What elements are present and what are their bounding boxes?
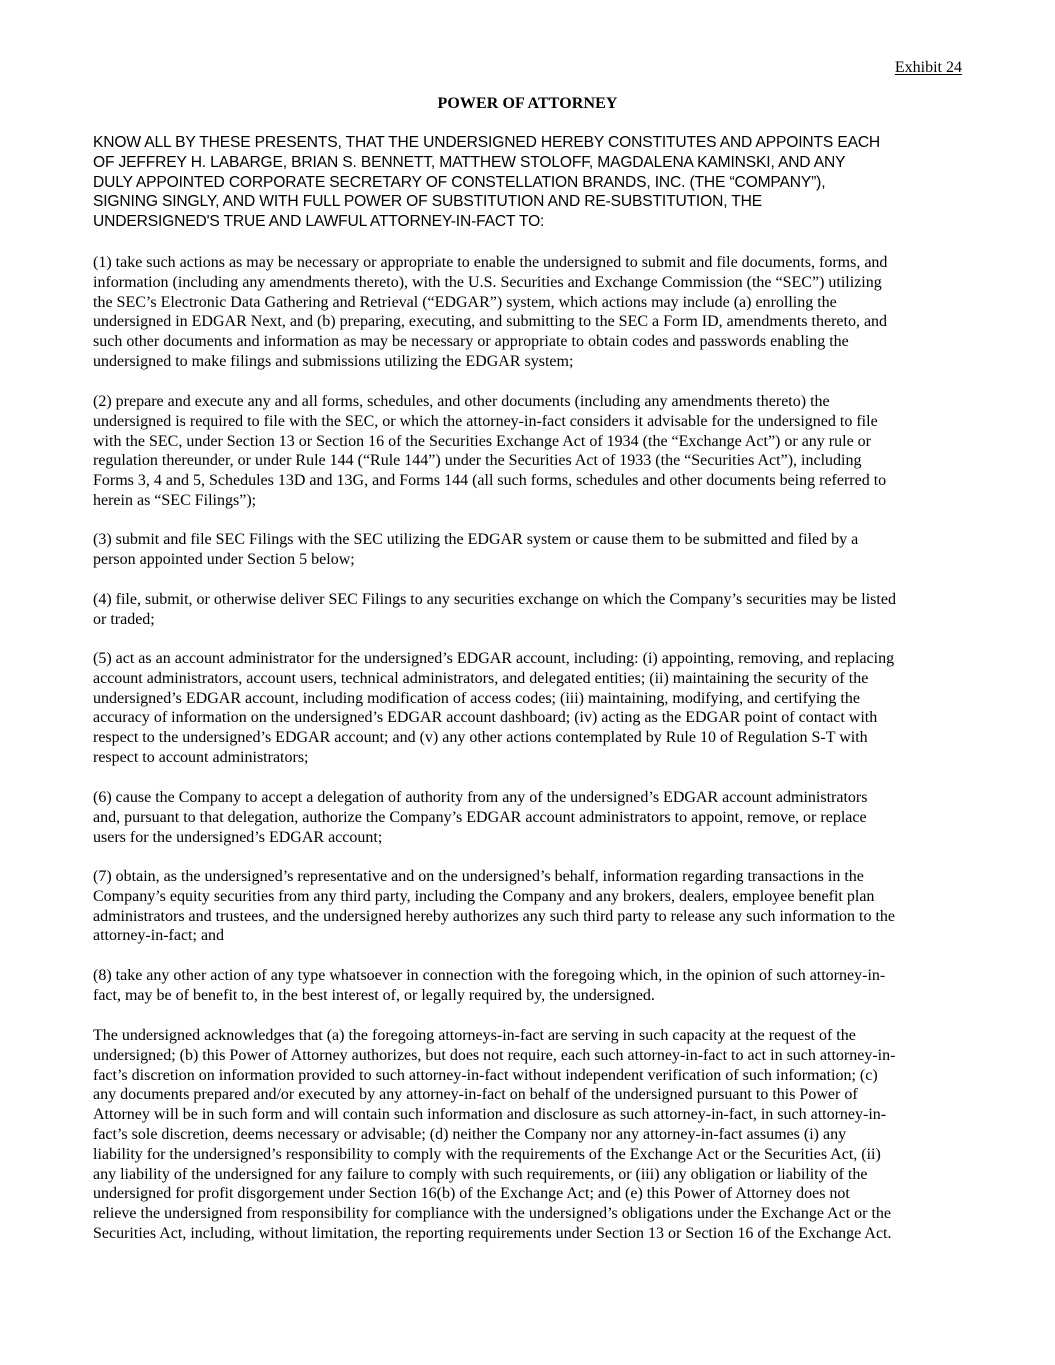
preamble-line: SIGNING SINGLY, AND WITH FULL POWER OF S… — [93, 192, 973, 212]
clause-line: respect to the undersigned’s EDGAR accou… — [93, 728, 973, 748]
clause-line: administrators and trustees, and the und… — [93, 907, 973, 927]
acknowledgment-line: fact’s sole discretion, deems necessary … — [93, 1125, 973, 1145]
clause-line: account administrators, account users, t… — [93, 669, 973, 689]
clause-line: respect to account administrators; — [93, 748, 973, 768]
acknowledgment-paragraph: The undersigned acknowledges that (a) th… — [93, 1026, 973, 1244]
acknowledgment-line: Securities Act, including, without limit… — [93, 1224, 973, 1244]
clause-line: (3) submit and file SEC Filings with the… — [93, 530, 973, 550]
acknowledgment-line: Attorney will be in such form and will c… — [93, 1105, 973, 1125]
clause-line: undersigned to make filings and submissi… — [93, 352, 973, 372]
clause-6: (6) cause the Company to accept a delega… — [93, 788, 973, 847]
clause-line: (1) take such actions as may be necessar… — [93, 253, 973, 273]
clause-line: users for the undersigned’s EDGAR accoun… — [93, 828, 973, 848]
clause-line: (2) prepare and execute any and all form… — [93, 392, 973, 412]
clause-line: person appointed under Section 5 below; — [93, 550, 973, 570]
preamble-paragraph: KNOW ALL BY THESE PRESENTS, THAT THE UND… — [93, 133, 973, 232]
acknowledgment-line: fact’s discretion on information provide… — [93, 1066, 973, 1086]
clause-line: Company’s equity securities from any thi… — [93, 887, 973, 907]
clause-line: with the SEC, under Section 13 or Sectio… — [93, 432, 973, 452]
acknowledgment-line: any liability of the undersigned for any… — [93, 1165, 973, 1185]
acknowledgment-line: liability for the undersigned’s responsi… — [93, 1145, 973, 1165]
clause-line: (6) cause the Company to accept a delega… — [93, 788, 973, 808]
clause-7: (7) obtain, as the undersigned’s represe… — [93, 867, 973, 946]
acknowledgment-line: The undersigned acknowledges that (a) th… — [93, 1026, 973, 1046]
clause-5: (5) act as an account administrator for … — [93, 649, 973, 768]
clause-line: and, pursuant to that delegation, author… — [93, 808, 973, 828]
clause-line: (8) take any other action of any type wh… — [93, 966, 973, 986]
preamble-line: DULY APPOINTED CORPORATE SECRETARY OF CO… — [93, 173, 973, 193]
clause-line: regulation thereunder, or under Rule 144… — [93, 451, 973, 471]
clause-3: (3) submit and file SEC Filings with the… — [93, 530, 973, 570]
acknowledgment-line: undersigned for profit disgorgement unde… — [93, 1184, 973, 1204]
clause-line: undersigned is required to file with the… — [93, 412, 973, 432]
clause-line: herein as “SEC Filings”); — [93, 491, 973, 511]
document-title: POWER OF ATTORNEY — [0, 94, 1055, 114]
clause-line: undersigned in EDGAR Next, and (b) prepa… — [93, 312, 973, 332]
clause-4: (4) file, submit, or otherwise deliver S… — [93, 590, 973, 630]
clause-line: Forms 3, 4 and 5, Schedules 13D and 13G,… — [93, 471, 973, 491]
acknowledgment-line: any documents prepared and/or executed b… — [93, 1085, 973, 1105]
clause-line: (7) obtain, as the undersigned’s represe… — [93, 867, 973, 887]
preamble-line: OF JEFFREY H. LABARGE, BRIAN S. BENNETT,… — [93, 153, 973, 173]
document-page: Exhibit 24 POWER OF ATTORNEY KNOW ALL BY… — [0, 0, 1055, 1365]
exhibit-label: Exhibit 24 — [895, 58, 962, 78]
clause-line: information (including any amendments th… — [93, 273, 973, 293]
clause-1: (1) take such actions as may be necessar… — [93, 253, 973, 372]
clause-2: (2) prepare and execute any and all form… — [93, 392, 973, 511]
preamble-line: KNOW ALL BY THESE PRESENTS, THAT THE UND… — [93, 133, 973, 153]
clause-line: or traded; — [93, 610, 973, 630]
clause-8: (8) take any other action of any type wh… — [93, 966, 973, 1006]
clause-line: undersigned’s EDGAR account, including m… — [93, 689, 973, 709]
clause-line: (5) act as an account administrator for … — [93, 649, 973, 669]
clause-line: fact, may be of benefit to, in the best … — [93, 986, 973, 1006]
acknowledgment-line: undersigned; (b) this Power of Attorney … — [93, 1046, 973, 1066]
clause-line: such other documents and information as … — [93, 332, 973, 352]
clause-line: (4) file, submit, or otherwise deliver S… — [93, 590, 973, 610]
clause-line: attorney-in-fact; and — [93, 926, 973, 946]
preamble-line: UNDERSIGNED'S TRUE AND LAWFUL ATTORNEY-I… — [93, 212, 973, 232]
clause-line: the SEC’s Electronic Data Gathering and … — [93, 293, 973, 313]
acknowledgment-line: relieve the undersigned from responsibil… — [93, 1204, 973, 1224]
clause-line: accuracy of information on the undersign… — [93, 708, 973, 728]
